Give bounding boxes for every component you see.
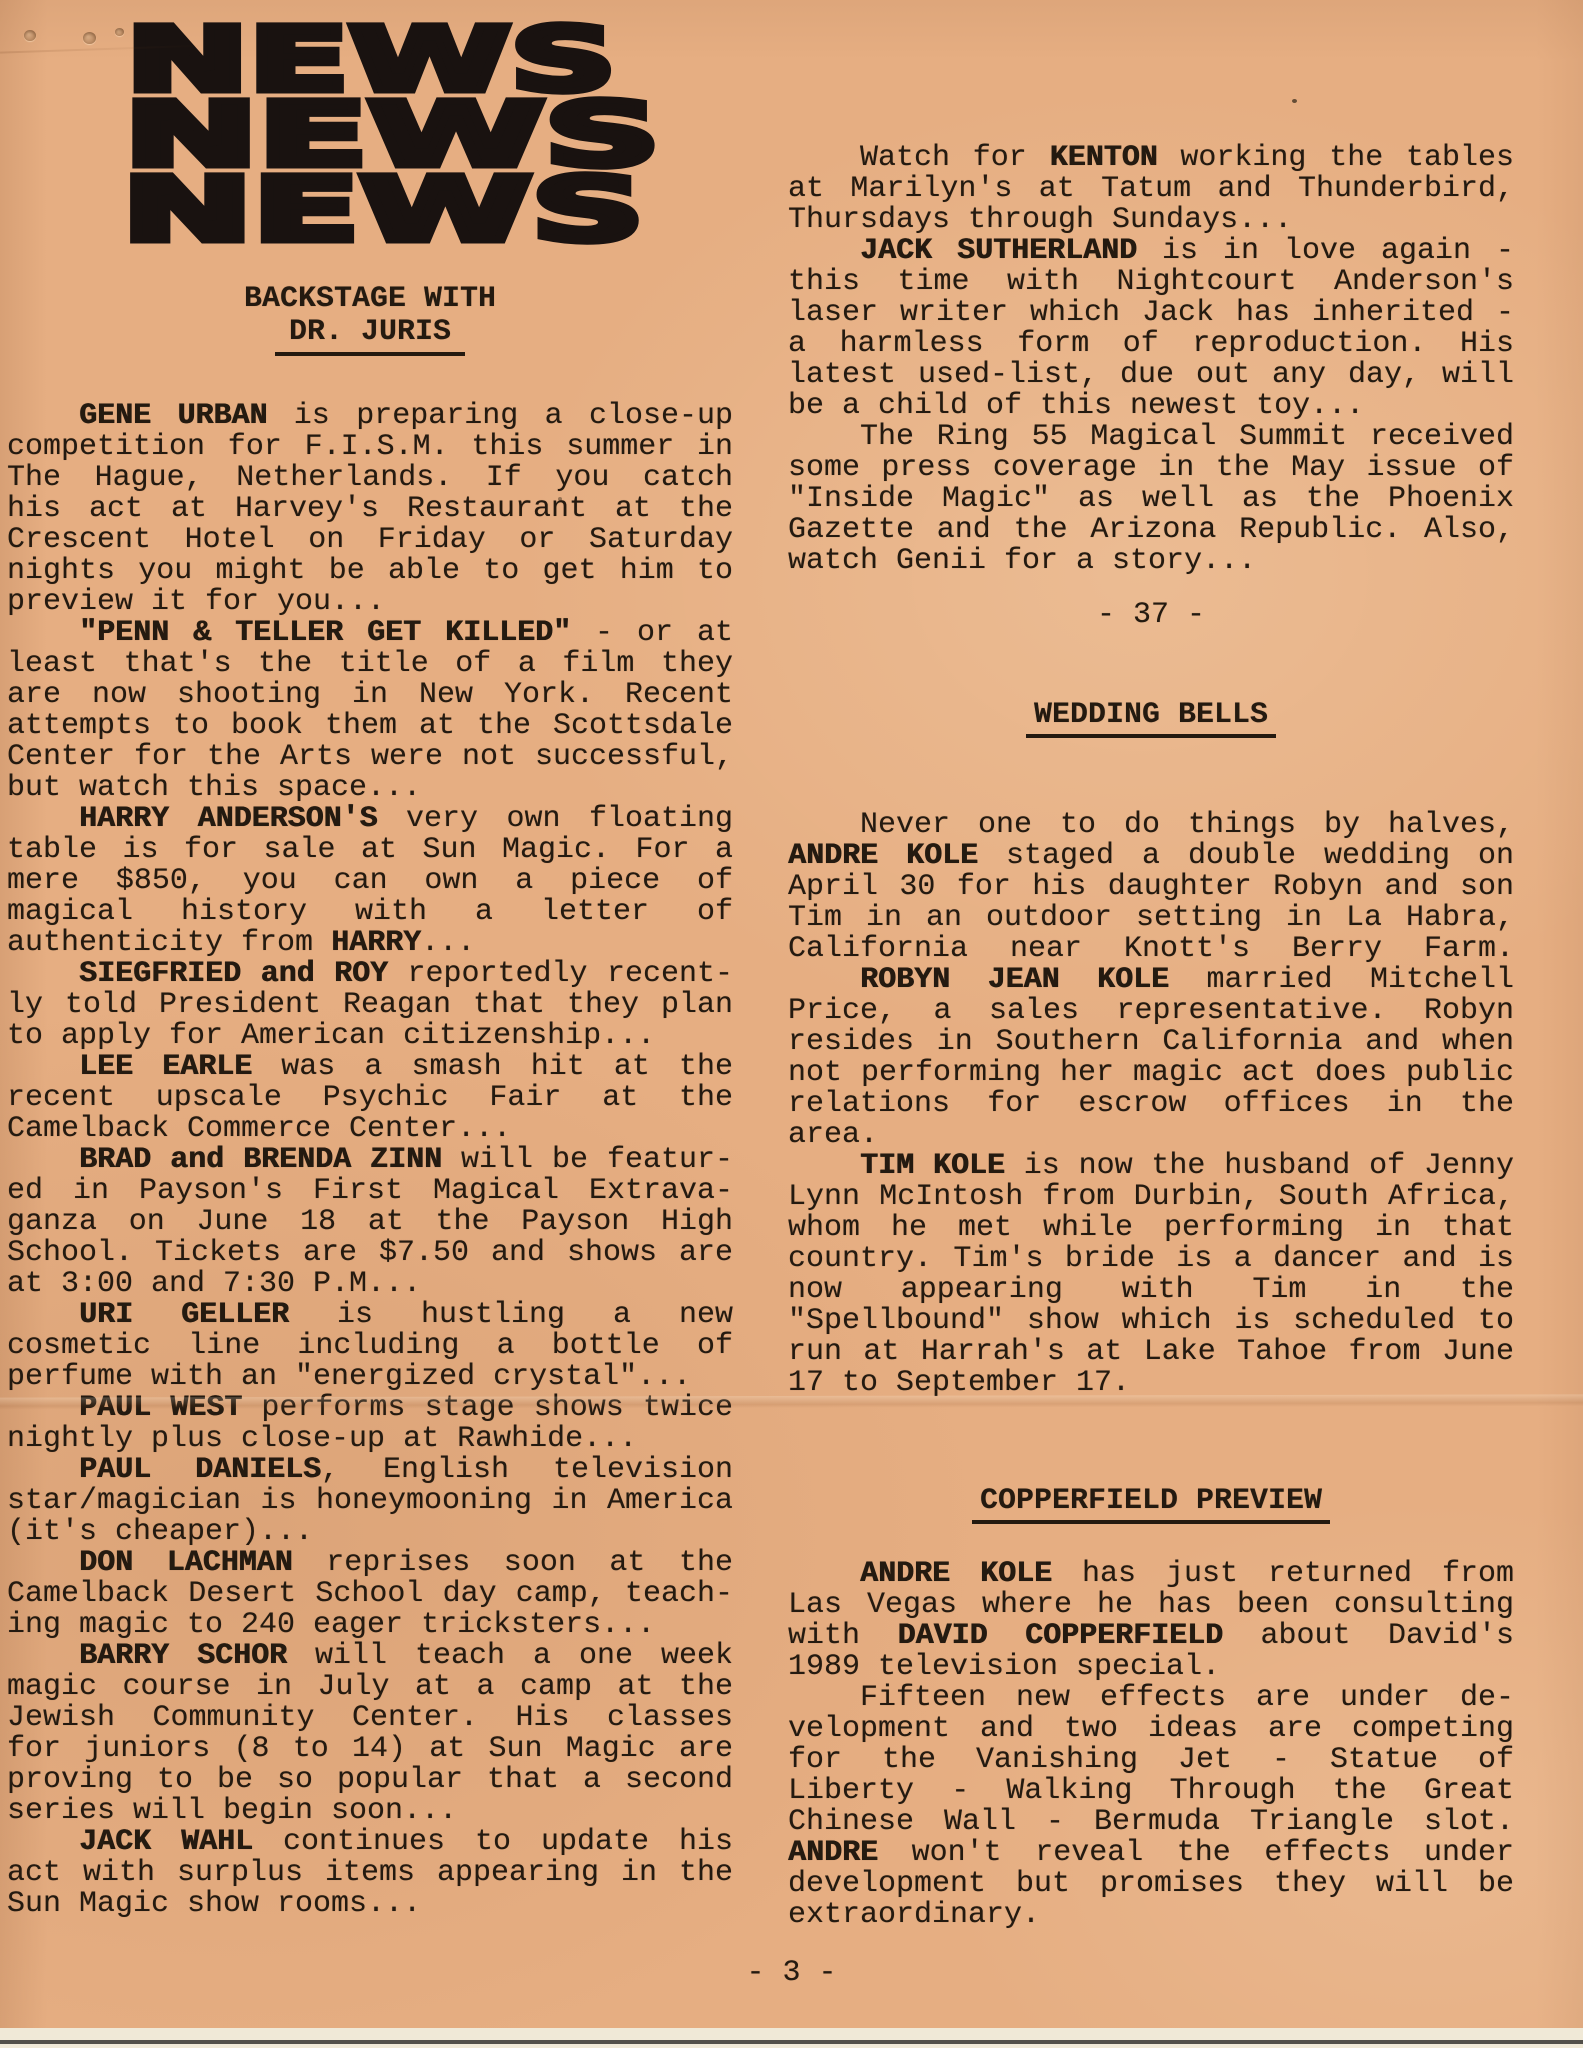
paragraph: Never one to do things by halves,ANDRE K… — [788, 810, 1514, 965]
text-line: "PENN & TELLER GET KILLED" - or at — [7, 618, 733, 649]
text-line: competition for F.I.S.M. this summer in — [7, 432, 733, 463]
section-heading-text: WEDDING BELLS — [1026, 700, 1276, 738]
newsletter-page: NEWS NEWS NEWS BACKSTAGE WITH DR. JURIS … — [0, 0, 1583, 2048]
text-line: BARRY SCHOR will teach a one week — [7, 1641, 733, 1672]
text-line: April 30 for his daughter Robyn and son — [788, 872, 1514, 903]
section-heading-text: COPPERFIELD PREVIEW — [972, 1486, 1330, 1524]
text-line: The Ring 55 Magical Summit received — [788, 422, 1514, 453]
news-logo: NEWS NEWS NEWS — [122, 10, 667, 255]
text-line: nights you might be able to get him to — [7, 556, 733, 587]
text-line: now appearing with Tim in the — [788, 1275, 1514, 1306]
bold-name: KENTON — [1050, 141, 1158, 175]
column-header-title: DR. JURIS — [275, 316, 465, 356]
paragraph: HARRY ANDERSON'S very own floatingtable … — [7, 804, 733, 959]
text-line: latest used-list, due out any day, will — [788, 360, 1514, 391]
text-line: Never one to do things by halves, — [788, 810, 1514, 841]
paragraph: JACK SUTHERLAND is in love again -this t… — [788, 236, 1514, 422]
text-line: least that's the title of a film they — [7, 649, 733, 680]
text-line: but watch this space... — [7, 773, 733, 804]
text-line: Center for the Arts were not successful, — [7, 742, 733, 773]
bold-name: ROBYN JEAN KOLE — [860, 963, 1169, 997]
text-line: ed in Payson's First Magical Extrava- — [7, 1176, 733, 1207]
news-logo-row: NEWS — [122, 158, 644, 255]
text-line: at 3:00 and 7:30 P.M... — [7, 1269, 733, 1300]
text-line: with DAVID COPPERFIELD about David's — [788, 1621, 1514, 1652]
text-line: DON LACHMAN reprises soon at the — [7, 1548, 733, 1579]
text-line: PAUL DANIELS, English television — [7, 1455, 733, 1486]
text-line: act with surplus items appearing in the — [7, 1858, 733, 1889]
text-line: HARRY ANDERSON'S very own floating — [7, 804, 733, 835]
text-line: Jewish Community Center. His classes — [7, 1703, 733, 1734]
paragraph: TIM KOLE is now the husband of JennyLynn… — [788, 1151, 1514, 1399]
text-line: California near Knott's Berry Farm. — [788, 934, 1514, 965]
bold-name: URI GELLER — [79, 1298, 289, 1332]
bold-name: BRAD and BRENDA ZINN — [79, 1143, 442, 1177]
text-line: area. — [788, 1120, 1514, 1151]
paragraph: BRAD and BRENDA ZINN will be featur-ed i… — [7, 1145, 733, 1300]
text-line: Fifteen new effects are under de- — [788, 1683, 1514, 1714]
column-header-line1: BACKSTAGE WITH — [7, 283, 733, 316]
text-line: Sun Magic show rooms... — [7, 1889, 733, 1920]
text-line: some press coverage in the May issue of — [788, 453, 1514, 484]
text-line: for the Vanishing Jet - Statue of — [788, 1745, 1514, 1776]
text-line: ganza on June 18 at the Payson High — [7, 1207, 733, 1238]
paragraph: LEE EARLE was a smash hit at therecent u… — [7, 1052, 733, 1145]
text-line: GENE URBAN is preparing a close-up — [7, 401, 733, 432]
text-line: Lynn McIntosh from Durbin, South Africa, — [788, 1182, 1514, 1213]
text-line: country. Tim's bride is a dancer and is — [788, 1244, 1514, 1275]
text-line: School. Tickets are $7.50 and shows are — [7, 1238, 733, 1269]
bold-name: GENE URBAN — [79, 399, 267, 433]
paragraph: DON LACHMAN reprises soon at theCamelbac… — [7, 1548, 733, 1641]
bold-name: ANDRE — [788, 1836, 878, 1870]
text-line: URI GELLER is hustling a new — [7, 1300, 733, 1331]
text-line: cosmetic line including a bottle of — [7, 1331, 733, 1362]
text-line: Gazette and the Arizona Republic. Also, — [788, 515, 1514, 546]
text-line: be a child of this newest toy... — [788, 391, 1514, 422]
text-line: Liberty - Walking Through the Great — [788, 1776, 1514, 1807]
text-line: not performing her magic act does public — [788, 1058, 1514, 1089]
bold-name: HARRY ANDERSON'S — [79, 802, 378, 836]
text-line: Las Vegas where he has been consulting — [788, 1590, 1514, 1621]
bold-name: ANDRE KOLE — [860, 1557, 1052, 1591]
ink-speck — [558, 497, 562, 501]
bold-name: DAVID COPPERFIELD — [897, 1619, 1223, 1653]
paragraph: Fifteen new effects are under de-velopme… — [788, 1683, 1514, 1931]
text-line: Camelback Desert School day camp, teach- — [7, 1579, 733, 1610]
text-line: ing magic to 240 eager tricksters... — [7, 1610, 733, 1641]
text-line: watch Genii for a story... — [788, 546, 1514, 577]
text-line: BRAD and BRENDA ZINN will be featur- — [7, 1145, 733, 1176]
scan-edge-shadow — [0, 2040, 1583, 2044]
text-line: SIEGFRIED and ROY reportedly recent- — [7, 959, 733, 990]
text-line: Chinese Wall - Bermuda Triangle slot. — [788, 1807, 1514, 1838]
text-line: run at Harrah's at Lake Tahoe from June — [788, 1337, 1514, 1368]
text-line: ANDRE KOLE staged a double wedding on — [788, 841, 1514, 872]
text-line: preview it for you... — [7, 587, 733, 618]
text-line: magic course in July at a camp at the — [7, 1672, 733, 1703]
paragraph: GENE URBAN is preparing a close-upcompet… — [7, 401, 733, 618]
text-line: attempts to book them at the Scottsdale — [7, 711, 733, 742]
section-heading: WEDDING BELLS — [788, 700, 1514, 738]
bold-name: DON LACHMAN — [79, 1546, 293, 1580]
paragraph: PAUL DANIELS, English televisionstar/mag… — [7, 1455, 733, 1548]
paragraph: BARRY SCHOR will teach a one weekmagic c… — [7, 1641, 733, 1827]
text-line: ROBYN JEAN KOLE married Mitchell — [788, 965, 1514, 996]
page-number: - 3 - — [0, 1958, 1583, 1989]
section-heading: COPPERFIELD PREVIEW — [788, 1486, 1514, 1524]
paragraph: Watch for KENTON working the tablesat Ma… — [788, 143, 1514, 236]
bold-name: TIM KOLE — [860, 1149, 1005, 1183]
text-line: Tim in an outdoor setting in La Habra, — [788, 903, 1514, 934]
text-line: 1989 television special. — [788, 1652, 1514, 1683]
bold-name: LEE EARLE — [79, 1050, 252, 1084]
paragraph: ANDRE KOLE has just returned fromLas Veg… — [788, 1559, 1514, 1683]
text-line: velopment and two ideas are competing — [788, 1714, 1514, 1745]
text-line: for juniors (8 to 14) at Sun Magic are — [7, 1734, 733, 1765]
paragraph: SIEGFRIED and ROY reportedly recent-ly t… — [7, 959, 733, 1052]
bold-name: HARRY — [331, 926, 421, 960]
bold-name: SIEGFRIED and ROY — [79, 957, 388, 991]
bold-name: ANDRE KOLE — [788, 839, 978, 873]
text-line: ANDRE KOLE has just returned from — [788, 1559, 1514, 1590]
text-line: star/magician is honeymooning in America — [7, 1486, 733, 1517]
text-line: are now shooting in New York. Recent — [7, 680, 733, 711]
text-line: ANDRE won't reveal the effects under — [788, 1838, 1514, 1869]
column-header-line2: DR. JURIS — [7, 316, 733, 356]
text-line: ly told President Reagan that they plan — [7, 990, 733, 1021]
text-line: The Hague, Netherlands. If you catch — [7, 463, 733, 494]
text-line: Thursdays through Sundays... — [788, 205, 1514, 236]
bold-name: BARRY SCHOR — [79, 1639, 287, 1673]
text-line: perfume with an "energized crystal"... — [7, 1362, 733, 1393]
text-line: JACK SUTHERLAND is in love again - — [788, 236, 1514, 267]
text-line: Camelback Commerce Center... — [7, 1114, 733, 1145]
text-line: relations for escrow offices in the — [788, 1089, 1514, 1120]
text-line: his act at Harvey's Restaurant at the — [7, 494, 733, 525]
staple-hole — [115, 28, 124, 36]
source-page-marker: - 37 - — [788, 600, 1514, 631]
column-header: BACKSTAGE WITH DR. JURIS — [7, 283, 733, 356]
text-line: development but promises they will be — [788, 1869, 1514, 1900]
text-line: to apply for American citizenship... — [7, 1021, 733, 1052]
left-column: GENE URBAN is preparing a close-upcompet… — [7, 401, 733, 1920]
text-line: recent upscale Psychic Fair at the — [7, 1083, 733, 1114]
text-line: TIM KOLE is now the husband of Jenny — [788, 1151, 1514, 1182]
text-line: LEE EARLE was a smash hit at the — [7, 1052, 733, 1083]
bold-name: JACK WAHL — [79, 1825, 253, 1859]
staple-hole — [24, 30, 36, 41]
bold-name: PAUL DANIELS — [79, 1453, 321, 1487]
text-line: this time with Nightcourt Anderson's — [788, 267, 1514, 298]
text-line: Crescent Hotel on Friday or Saturday — [7, 525, 733, 556]
staple-hole — [83, 32, 96, 44]
bold-name: JACK SUTHERLAND — [860, 234, 1137, 268]
text-line: whom he met while performing in that — [788, 1213, 1514, 1244]
text-line: series will begin soon... — [7, 1796, 733, 1827]
text-line: JACK WAHL continues to update his — [7, 1827, 733, 1858]
right-column: Watch for KENTON working the tablesat Ma… — [788, 143, 1514, 1931]
text-line: nightly plus close-up at Rawhide... — [7, 1424, 733, 1455]
paragraph: The Ring 55 Magical Summit receivedsome … — [788, 422, 1514, 577]
news-logo-graphic: NEWS NEWS NEWS — [122, 10, 667, 255]
text-line: a harmless form of reproduction. His — [788, 329, 1514, 360]
text-line: "Spellbound" show which is scheduled to — [788, 1306, 1514, 1337]
text-line: authenticity from HARRY... — [7, 928, 733, 959]
paragraph: ROBYN JEAN KOLE married MitchellPrice, a… — [788, 965, 1514, 1151]
text-line: extraordinary. — [788, 1900, 1514, 1931]
text-line: mere $850, you can own a piece of — [7, 866, 733, 897]
text-line: proving to be so popular that a second — [7, 1765, 733, 1796]
text-line: "Inside Magic" as well as the Phoenix — [788, 484, 1514, 515]
text-line: (it's cheaper)... — [7, 1517, 733, 1548]
paragraph: JACK WAHL continues to update hisact wit… — [7, 1827, 733, 1920]
text-line: laser writer which Jack has inherited - — [788, 298, 1514, 329]
text-line: magical history with a letter of — [7, 897, 733, 928]
text-line: resides in Southern California and when — [788, 1027, 1514, 1058]
scan-edge — [0, 2028, 1583, 2048]
text-line: Watch for KENTON working the tables — [788, 143, 1514, 174]
text-line: Price, a sales representative. Robyn — [788, 996, 1514, 1027]
paragraph: URI GELLER is hustling a newcosmetic lin… — [7, 1300, 733, 1393]
text-line: table is for sale at Sun Magic. For a — [7, 835, 733, 866]
paragraph: "PENN & TELLER GET KILLED" - or atleast … — [7, 618, 733, 804]
ink-speck — [1292, 99, 1297, 103]
bold-name: "PENN & TELLER GET KILLED" — [79, 616, 571, 650]
text-line: at Marilyn's at Tatum and Thunderbird, — [788, 174, 1514, 205]
